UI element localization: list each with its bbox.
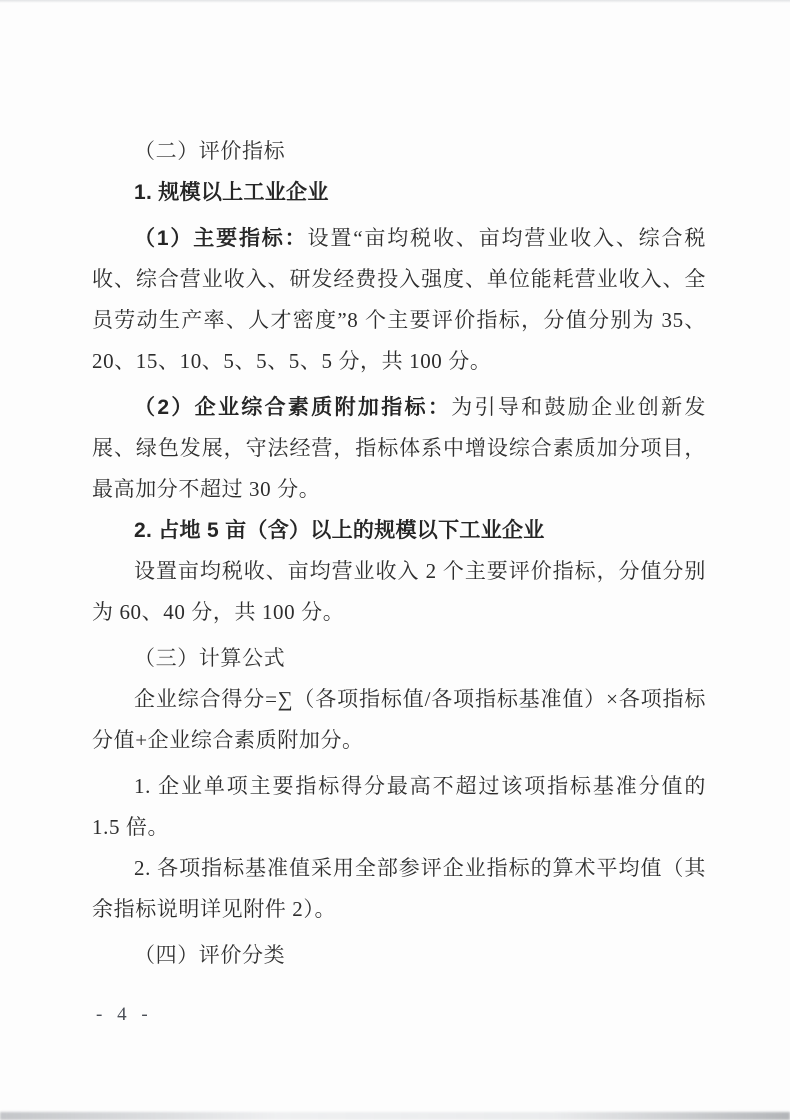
section-heading-2: （二）评价指标 <box>92 131 706 172</box>
scanned-document-page: （二）评价指标 1. 规模以上工业企业 （1）主要指标：设置“亩均税收、亩均营业… <box>0 0 790 1120</box>
paragraph-below-scale-indicators: 设置亩均税收、亩均营业收入 2 个主要评价指标，分值分别为 60、40 分，共 … <box>92 551 706 633</box>
subsection-heading-1-text: 1. 规模以上工业企业 <box>134 181 329 204</box>
section-heading-4: （四）评价分类 <box>92 935 706 976</box>
section-heading-3-text: （三）计算公式 <box>134 646 285 670</box>
scan-artifact-bottom-edge <box>0 1112 790 1120</box>
paragraph-rule-2: 2. 各项指标基准值采用全部参评企业指标的算术平均值（其余指标说明详见附件 2）… <box>92 848 706 930</box>
paragraph-formula: 企业综合得分=∑（各项指标值/各项指标基准值）×各项指标分值+企业综合素质附加分… <box>92 679 706 761</box>
paragraph-bonus-indicators-lead: （2）企业综合素质附加指标： <box>134 396 451 419</box>
paragraph-main-indicators: （1）主要指标：设置“亩均税收、亩均营业收入、综合税收、综合营业收入、研发经费投… <box>92 218 706 382</box>
paragraph-main-indicators-lead: （1）主要指标： <box>134 227 308 250</box>
section-heading-2-text: （二）评价指标 <box>134 139 285 163</box>
section-heading-4-text: （四）评价分类 <box>134 943 285 967</box>
scan-artifact-top-edge <box>0 0 790 3</box>
paragraph-rule-1: 1. 企业单项主要指标得分最高不超过该项指标基准分值的 1.5 倍。 <box>92 766 706 848</box>
subsection-heading-2-text: 2. 占地 5 亩（含）以上的规模以下工业企业 <box>134 519 545 542</box>
section-heading-3: （三）计算公式 <box>92 638 706 679</box>
document-body: （二）评价指标 1. 规模以上工业企业 （1）主要指标：设置“亩均税收、亩均营业… <box>92 131 706 976</box>
subsection-heading-1: 1. 规模以上工业企业 <box>92 172 706 213</box>
paragraph-below-scale-indicators-text: 设置亩均税收、亩均营业收入 2 个主要评价指标，分值分别为 60、40 分，共 … <box>92 559 706 624</box>
paragraph-bonus-indicators: （2）企业综合素质附加指标：为引导和鼓励企业创新发展、绿色发展，守法经营，指标体… <box>92 387 706 510</box>
paragraph-formula-text: 企业综合得分=∑（各项指标值/各项指标基准值）×各项指标分值+企业综合素质附加分… <box>92 687 706 752</box>
paragraph-rule-2-text: 2. 各项指标基准值采用全部参评企业指标的算术平均值（其余指标说明详见附件 2）… <box>92 856 706 921</box>
page-number: - 4 - <box>96 1004 153 1026</box>
subsection-heading-2: 2. 占地 5 亩（含）以上的规模以下工业企业 <box>92 510 706 551</box>
paragraph-rule-1-text: 1. 企业单项主要指标得分最高不超过该项指标基准分值的 1.5 倍。 <box>92 774 706 839</box>
